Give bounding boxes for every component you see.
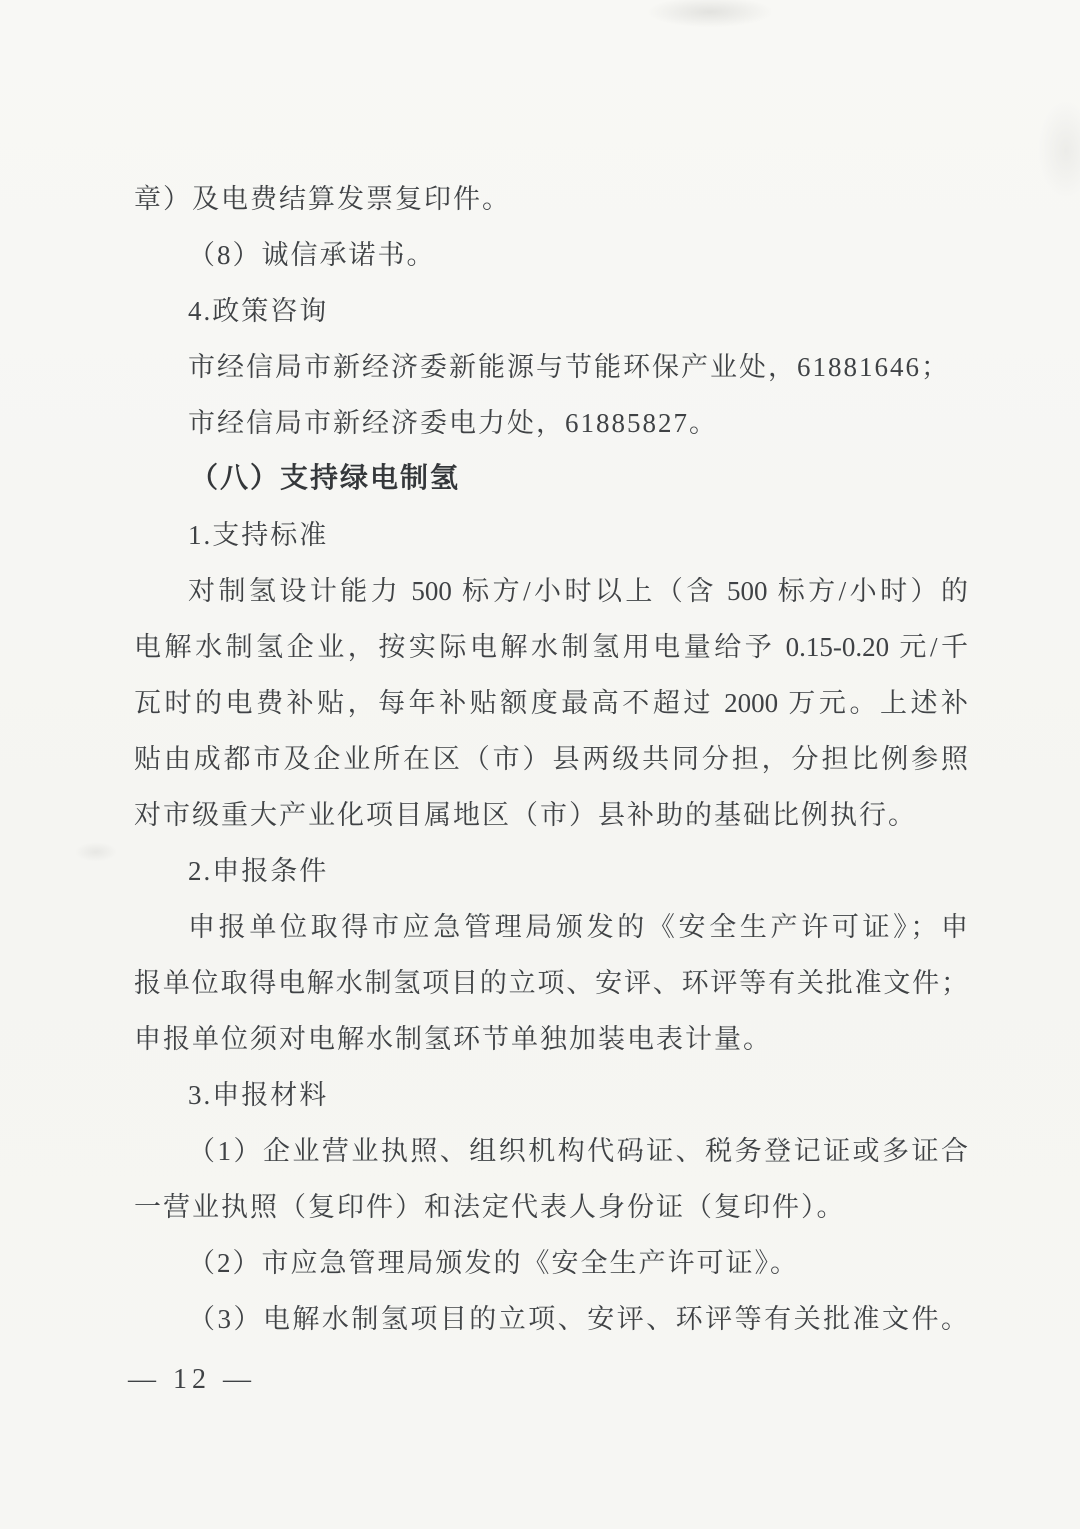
text-line: 2.申报条件 xyxy=(134,843,968,899)
text-line: 瓦时的电费补贴，每年补贴额度最高不超过 2000 万元。上述补 xyxy=(134,675,968,731)
document-page: 章）及电费结算发票复印件。（8）诚信承诺书。4.政策咨询市经信局市新经济委新能源… xyxy=(0,0,1080,1529)
text-line: （2）市应急管理局颁发的《安全生产许可证》。 xyxy=(134,1235,968,1291)
text-line: 章）及电费结算发票复印件。 xyxy=(134,171,968,227)
text-line: 电解水制氢企业，按实际电解水制氢用电量给予 0.15-0.20 元/千 xyxy=(134,619,968,675)
text-line: 对市级重大产业化项目属地区（市）县补助的基础比例执行。 xyxy=(134,787,968,843)
text-line: 对制氢设计能力 500 标方/小时以上（含 500 标方/小时）的 xyxy=(134,563,968,619)
text-line: 市经信局市新经济委新能源与节能环保产业处，61881646； xyxy=(134,339,968,395)
text-line: （3）电解水制氢项目的立项、安评、环评等有关批准文件。 xyxy=(134,1291,968,1347)
text-line: 申报单位取得市应急管理局颁发的《安全生产许可证》；申 xyxy=(134,899,968,955)
text-line: 贴由成都市及企业所在区（市）县两级共同分担，分担比例参照 xyxy=(134,731,968,787)
text-line: 市经信局市新经济委电力处，61885827。 xyxy=(134,395,968,451)
text-line: 4.政策咨询 xyxy=(134,283,968,339)
section-heading: （八）支持绿电制氢 xyxy=(134,451,968,507)
text-line: （1）企业营业执照、组织机构代码证、税务登记证或多证合 xyxy=(134,1123,968,1179)
text-line: 3.申报材料 xyxy=(134,1067,968,1123)
page-number: — 12 — xyxy=(128,1352,256,1408)
text-line: （8）诚信承诺书。 xyxy=(134,227,968,283)
text-line: 申报单位须对电解水制氢环节单独加装电表计量。 xyxy=(134,1011,968,1067)
text-line: 一营业执照（复印件）和法定代表人身份证（复印件）。 xyxy=(134,1179,968,1235)
text-line: 1.支持标准 xyxy=(134,507,968,563)
document-body: 章）及电费结算发票复印件。（8）诚信承诺书。4.政策咨询市经信局市新经济委新能源… xyxy=(134,171,968,1347)
text-line: 报单位取得电解水制氢项目的立项、安评、环评等有关批准文件； xyxy=(134,955,968,1011)
